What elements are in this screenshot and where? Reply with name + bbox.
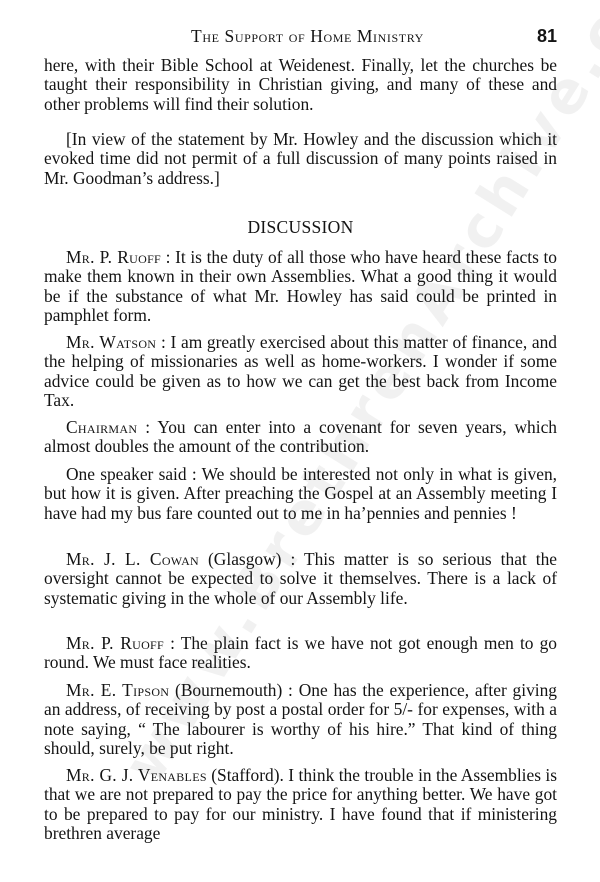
speaker-lead: One speaker said: [66, 464, 187, 484]
speaker-separator: .: [280, 765, 289, 785]
speaker-location: (Bournemouth): [169, 680, 282, 700]
speaker-name: Mr. P. Ruoff: [66, 633, 164, 653]
discussion-entry: Chairman : You can enter into a covenant…: [44, 418, 557, 457]
editorial-note: [In view of the statement by Mr. Howley …: [44, 130, 557, 188]
speaker-separator: :: [282, 680, 298, 700]
speaker-name: Mr. P. Ruoff: [66, 247, 161, 267]
section-heading: DISCUSSION: [44, 217, 557, 238]
speaker-name: Chairman: [66, 417, 137, 437]
speaker-name: Mr. J. L. Cowan: [66, 549, 199, 569]
discussion-entry: Mr. J. L. Cowan (Glasgow) : This matter …: [44, 550, 557, 608]
page-number: 81: [537, 26, 557, 47]
discussion-entry: Mr. E. Tipson (Bournemouth) : One has th…: [44, 681, 557, 759]
discussion-entry: Mr. P. Ruoff : The plain fact is we have…: [44, 634, 557, 673]
speaker-separator: :: [161, 247, 175, 267]
speaker-separator: :: [137, 417, 157, 437]
speaker-separator: :: [164, 633, 181, 653]
discussion-entry: One speaker said : We should be interest…: [44, 465, 557, 523]
speaker-separator: :: [156, 332, 170, 352]
discussion-entry: Mr. P. Ruoff : It is the duty of all tho…: [44, 248, 557, 326]
speaker-separator: :: [187, 464, 202, 484]
running-title: The Support of Home Ministry: [44, 26, 557, 47]
book-page: www.BrethrenArchive.org The Support of H…: [0, 0, 600, 882]
continuation-paragraph: here, with their Bible School at Weidene…: [44, 56, 557, 114]
discussion-entry: Mr. G. J. Venables (Stafford). I think t…: [44, 766, 557, 844]
speaker-separator: :: [281, 549, 304, 569]
speaker-name: Mr. G. J. Venables: [66, 765, 207, 785]
speaker-name: Mr. Watson: [66, 332, 156, 352]
speaker-location: (Stafford): [207, 765, 280, 785]
running-head: The Support of Home Ministry 81: [44, 26, 557, 48]
discussion-entry: Mr. Watson : I am greatly exercised abou…: [44, 333, 557, 411]
speaker-location: (Glasgow): [199, 549, 281, 569]
speaker-name: Mr. E. Tipson: [66, 680, 169, 700]
